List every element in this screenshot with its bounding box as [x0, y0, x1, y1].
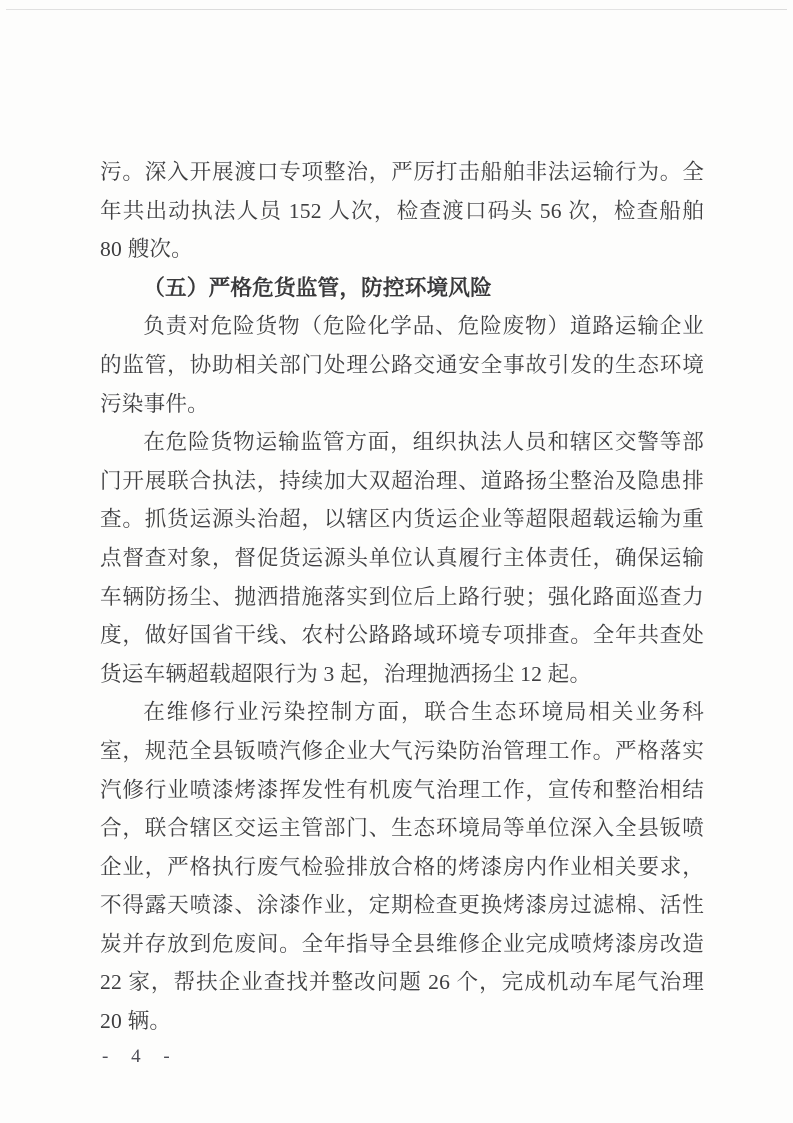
document-page: 污。深入开展渡口专项整治，严厉打击船舶非法运输行为。全年共出动执法人员 152 …: [0, 0, 793, 1123]
page-number: - 4 -: [102, 1046, 179, 1068]
section-heading: （五）严格危货监管，防控环境风险: [100, 269, 704, 308]
document-body: 污。深入开展渡口专项整治，严厉打击船舶非法运输行为。全年共出动执法人员 152 …: [100, 153, 704, 1041]
paragraph: 负责对危险货物（危险化学品、危险废物）道路运输企业的监管，协助相关部门处理公路交…: [100, 307, 704, 423]
paragraph: 在危险货物运输监管方面，组织执法人员和辖区交警等部门开展联合执法，持续加大双超治…: [100, 423, 704, 693]
scan-edge-line: [6, 9, 787, 10]
paragraph-continuation: 污。深入开展渡口专项整治，严厉打击船舶非法运输行为。全年共出动执法人员 152 …: [100, 153, 704, 269]
paragraph: 在维修行业污染控制方面，联合生态环境局相关业务科室，规范全县钣喷汽修企业大气污染…: [100, 693, 704, 1040]
